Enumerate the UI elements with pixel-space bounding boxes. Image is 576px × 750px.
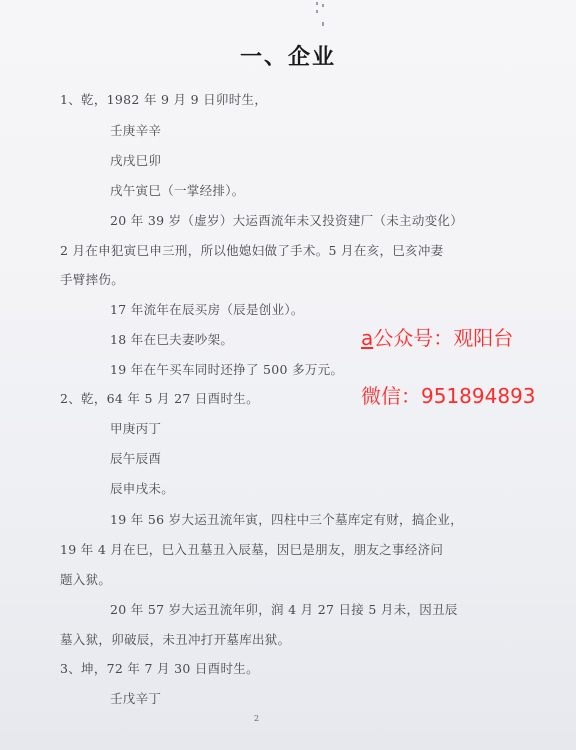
watermark-account: a公众号：观阳台 (361, 322, 513, 351)
text-line-c1-t2: 2 月在申犯寅巳申三刑，所以他媳妇做了手术。5 月在亥，巳亥冲妻 (60, 241, 443, 259)
text-line-c2-t2: 19 年 4 月在巳，巳入丑墓丑入辰墓，因巳是朋友，朋友之事经济问 (60, 540, 443, 558)
text-line-c1-t5: 18 年在巳夫妻吵架。 (110, 330, 233, 348)
text-line-c1-p3: 戌午寅巳（一掌经排）。 (110, 181, 245, 199)
scan-marks (316, 0, 326, 30)
text-line-c1-t3: 手臂摔伤。 (60, 270, 124, 288)
text-line-c2-p1: 甲庚丙丁 (110, 419, 161, 437)
text-line-c2-t3: 题入狱。 (60, 570, 111, 588)
text-line-c1-t6: 19 年在午买车同时还挣了 500 多万元。 (110, 360, 343, 378)
text-line-c1-t1: 20 年 39 岁（虚岁）大运酉流年未又投资建厂（未主动变化） (110, 211, 463, 229)
text-line-c2-t5: 墓入狱，卯破辰，未丑冲打开墓库出狱。 (60, 630, 290, 648)
text-line-c2-t4: 20 年 57 岁大运丑流年卯，润 4 月 27 日接 5 月未，因丑辰 (110, 600, 458, 618)
text-line-c2-t1: 19 年 56 岁大运丑流年寅，四柱中三个墓库定有财，搞企业， (110, 510, 463, 528)
watermark-account-text: 公众号：观阳台 (373, 326, 513, 350)
text-line-c3-header: 3、坤，72 年 7 月 30 日酉时生。 (60, 659, 259, 677)
watermark-wechat: 微信：951894893 (361, 380, 536, 409)
text-line-c2-p3: 辰申戌未。 (110, 479, 174, 497)
watermark-prefix: a (361, 326, 373, 350)
text-line-c2-p2: 辰午辰酉 (110, 449, 161, 467)
text-line-c2-header: 2、乾，64 年 5 月 27 日酉时生。 (60, 389, 259, 407)
page-number: 2 (254, 714, 259, 723)
text-line-c1-p2: 戌戌巳卯 (110, 151, 161, 169)
text-line-c1-p1: 壬庚辛辛 (110, 121, 161, 139)
text-line-c3-p1: 壬戊辛丁 (110, 689, 161, 707)
document-page: 一、企业 1、乾，1982 年 9 月 9 日卯时生，壬庚辛辛戌戌巳卯戌午寅巳（… (0, 0, 576, 750)
text-line-c1-header: 1、乾，1982 年 9 月 9 日卯时生， (60, 90, 267, 108)
page-title: 一、企业 (0, 40, 576, 71)
text-line-c1-t4: 17 年流年在辰买房（辰是创业）。 (110, 300, 304, 318)
